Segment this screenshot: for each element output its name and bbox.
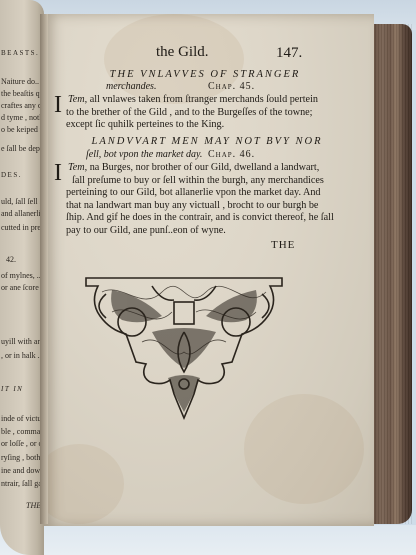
catchword: THE <box>271 239 295 251</box>
section-paragraph: I Tem, na Burges, nor brother of our Gil… <box>66 162 356 237</box>
woodcut-ornament-icon <box>82 272 286 424</box>
section-subtitle: merchandes. <box>106 81 156 92</box>
left-line: , or in halk .. <box>1 350 42 361</box>
section-title: LANDVVART MEN MAY NOT BVY NOR <box>62 136 352 147</box>
left-heading: DES. <box>1 170 22 181</box>
left-line: d tyme , notht <box>1 112 44 123</box>
left-page: BEASTS. Naiture do.. the beaſtis qu.. cr… <box>0 0 44 555</box>
left-line: ble , command .. <box>1 426 44 437</box>
left-line: the beaſtis qu.. <box>1 88 44 99</box>
paragraph-line: ſall preſume to buy or ſell within the b… <box>66 175 356 188</box>
left-line: 42. <box>6 254 16 265</box>
paragraph-line: perteining to our Gild, bot allanerlie v… <box>66 187 356 200</box>
left-line: inde of victuall <box>1 413 44 424</box>
left-line: ine and dowe <box>1 465 44 476</box>
paragraph-line: pay to our Gild, ane punſ..eon of wyne. <box>66 225 356 238</box>
left-line: uyill with ane o.. <box>1 336 44 347</box>
left-line: uld, ſall ſell ſhen <box>1 196 44 207</box>
left-page-text: BEASTS. Naiture do.. the beaſtis qu.. cr… <box>0 0 44 555</box>
drop-cap: I <box>54 161 62 185</box>
left-line: cutted in preſen.. <box>1 222 44 233</box>
left-line: craftes any da.. <box>1 100 44 111</box>
left-heading: BEASTS. <box>1 48 39 59</box>
left-catchword: THE <box>26 500 41 511</box>
paragraph-line: Tem, na Burges, nor brother of our Gild,… <box>66 162 356 175</box>
left-heading: IT IN <box>1 384 23 395</box>
drop-cap: I <box>54 93 62 117</box>
gutter-shadow <box>40 14 48 524</box>
paragraph-line: ſhip. And gif he does in the contrair, a… <box>66 212 356 225</box>
paragraph-line: Tem, all vnlawes taken from ſtranger mer… <box>66 94 356 107</box>
left-line: e ſall be depuid <box>1 143 44 154</box>
left-line: or ane ſcore .. <box>1 282 44 293</box>
left-line: of mylnes, .. <box>1 270 41 281</box>
left-line: ntrair, ſall ga.. <box>1 478 44 489</box>
left-line: o be keiped w.. <box>1 124 44 135</box>
paragraph-line: that na landwart man buy any victuall , … <box>66 200 356 213</box>
chapter-number: Chap. 46. <box>208 149 255 160</box>
book-fore-edge <box>372 24 412 524</box>
page-number: 147. <box>276 45 302 62</box>
section-paragraph: I Tem, all vnlawes taken from ſtranger m… <box>66 94 356 132</box>
chapter-number: Chap. 45. <box>208 81 255 92</box>
paragraph-line: except ſic quhilk perteines to the King. <box>66 119 356 132</box>
section-title: THE VNLAVVES OF STRANGER <box>60 69 350 80</box>
left-line: and allanerlie <box>1 208 44 219</box>
background-bottom <box>0 525 416 555</box>
left-line: or loſſe , or cuy <box>1 438 44 449</box>
running-head: the Gild. <box>156 44 209 61</box>
book-photo: the Gild. 147. THE VNLAVVES OF STRANGER … <box>0 0 416 555</box>
section-subtitle: ſell, bot vpon the market day. <box>86 149 202 160</box>
left-line: Naiture do.. <box>1 76 39 87</box>
paragraph-line: to the brether of the Gild , and to the … <box>66 107 356 120</box>
left-line: ryſing , bothe <box>1 452 44 463</box>
